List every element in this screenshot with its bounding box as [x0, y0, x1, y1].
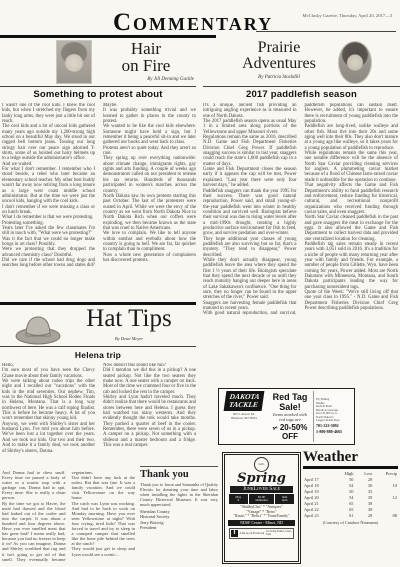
section-title: Commentary	[113, 11, 273, 35]
facebook-icon: f	[231, 530, 238, 537]
column-title-line2: on Fire	[98, 57, 194, 74]
column-title-hair-on-fire: Hair on Fire	[98, 40, 194, 74]
dakota-tackle-logo-text: DAKOTA TACKLE	[224, 391, 265, 411]
spring-title: Spring	[227, 472, 296, 485]
article-paddlefish-body: It's a unique, ancient fish providing an…	[203, 103, 398, 384]
admission-line: admission	[250, 499, 273, 503]
vendor-list: "ShabbyChic" * "Antiques" "Vintage" * "R…	[227, 505, 296, 519]
sale-date: May 6	[229, 494, 248, 504]
sale-subtext: Items marked with red tags are	[269, 412, 311, 422]
spring-info-row: May 6 $5.00 admission 9am 4pm	[229, 494, 294, 504]
helena-headline-rule	[0, 346, 196, 347]
dakota-tackle-logo: DAKOTA TACKLE 605 S. Airport Rd. Bismarc…	[221, 391, 267, 442]
scissors-icon: ✂	[272, 424, 279, 432]
hat-tips-body-lower: And Donna had to chew snuff. Every time …	[2, 470, 135, 564]
signature-line: President	[140, 525, 218, 530]
brand-line: TACKLE	[228, 401, 259, 409]
byline-meyer: By Dean Meyer	[62, 336, 196, 341]
column-title-line2: Adventures	[224, 56, 334, 72]
byline-stockdill: By Patricia Stockdill	[224, 75, 334, 80]
junklover-sale-banner: JunkLover Sale	[230, 486, 293, 493]
article-protest-body: I wasn't one of the cool kids. I knew th…	[2, 103, 196, 301]
newspaper-page: McClusky Gazette, Thursday, April 20, 20…	[0, 0, 400, 567]
folio-rule	[256, 31, 396, 32]
cowboy-hat-icon	[14, 309, 62, 347]
thank-you-signature: Sheridan County Historial Society Jerry …	[140, 509, 218, 531]
thank-you-note: Thank you Thank you to Jason and Samanth…	[140, 466, 218, 567]
weather-section: Weather High Low Precip April 17 50 28 A…	[303, 450, 398, 525]
column-title-line1: Hair	[98, 40, 194, 57]
article-paddlefish-text: It's a unique, ancient fish providing an…	[203, 103, 398, 384]
article-protest-text: I wasn't one of the cool kids. I knew th…	[2, 103, 196, 301]
discount-line: ✂ 20-50% OFF	[269, 423, 311, 441]
facebook-label: Like us on Facebook	[240, 532, 264, 535]
weather-table: High Low Precip April 17 50 28 April 18 …	[303, 471, 398, 519]
hat-tips-body-upper: Hello, I'm sure most of you have seen th…	[2, 363, 196, 466]
sale-location: NDSF Center - Minot, ND	[228, 520, 295, 526]
spring-junklover-ad: GJL Spring JunkLover Sale May 6 $5.00 ad…	[222, 452, 301, 564]
vendor-line: "Rustic" * "Relics" * "Farm/Family"	[227, 514, 296, 519]
hat-photo	[14, 309, 62, 347]
weather-title: Weather	[303, 450, 398, 465]
headline-paddlefish: 2017 paddlefish season	[203, 89, 400, 100]
facebook-row: f Like us on Facebook Growing Junk Lover…	[229, 528, 294, 539]
dakota-tackle-ad: DAKOTA TACKLE 605 S. Airport Rd. Bismarc…	[218, 388, 355, 445]
headline-protest: Something to protest about	[0, 89, 196, 100]
discount-value: 20-50% OFF	[280, 423, 308, 441]
column-title-line1: Prairie	[224, 40, 334, 56]
byline-gackle: By Jill Denning Gackle	[98, 77, 194, 82]
dakota-address: 605 S. Airport Rd. Bismarck, ND 58504	[231, 413, 257, 420]
hat-tips-title: Hat Tips	[62, 306, 196, 331]
phone-number: 1-800-880-4665	[316, 430, 352, 435]
sale-sub-line: red tags are	[269, 417, 311, 422]
red-tag-sale-title: Red Tag Sale!	[269, 392, 311, 412]
dakota-sale-block: Red Tag Sale! Items marked with red tags…	[267, 391, 313, 442]
hat-tips-text-lower: And Donna had to chew snuff. Every time …	[2, 470, 135, 564]
right-headline-rule	[203, 86, 400, 87]
page-folio: McClusky Gazette, Thursday, April 20, 20…	[303, 13, 392, 18]
sale-admission: $5.00 admission	[249, 494, 274, 504]
column-title-prairie-adventures: Prairie Adventures	[224, 40, 334, 72]
facebook-page-name: Growing Junk Lovers Sale	[266, 530, 291, 536]
thank-you-body: Thank you to Jason and Samantha of Quali…	[140, 482, 218, 507]
weather-rule	[303, 466, 398, 469]
hours-line: 4pm	[276, 499, 293, 503]
left-headline-rule	[0, 86, 196, 87]
section-rule	[0, 35, 216, 38]
date-line: 6	[230, 499, 247, 503]
sale-hours: 9am 4pm	[275, 494, 294, 504]
weather-courtesy: (Courtesy of Candace Neumann)	[303, 520, 398, 525]
fb-name-line: Sale	[266, 533, 291, 536]
address-line: Bismarck, ND 58504	[231, 417, 257, 421]
dakota-contact-block: Fly Fishing Marine Rods & Reels Bait & A…	[313, 391, 352, 442]
columnist-photo-stockdill	[338, 41, 372, 84]
headline-helena-trip: Helena trip	[0, 350, 196, 360]
spring-logo-circle: GJL	[254, 457, 269, 472]
columnist-photo-gackle	[56, 40, 92, 84]
hat-tips-text-upper: Hello, I'm sure most of you have seen th…	[2, 363, 196, 466]
thank-you-title: Thank you	[140, 469, 218, 480]
weather-row: April 23 61 28 .08	[303, 513, 398, 519]
